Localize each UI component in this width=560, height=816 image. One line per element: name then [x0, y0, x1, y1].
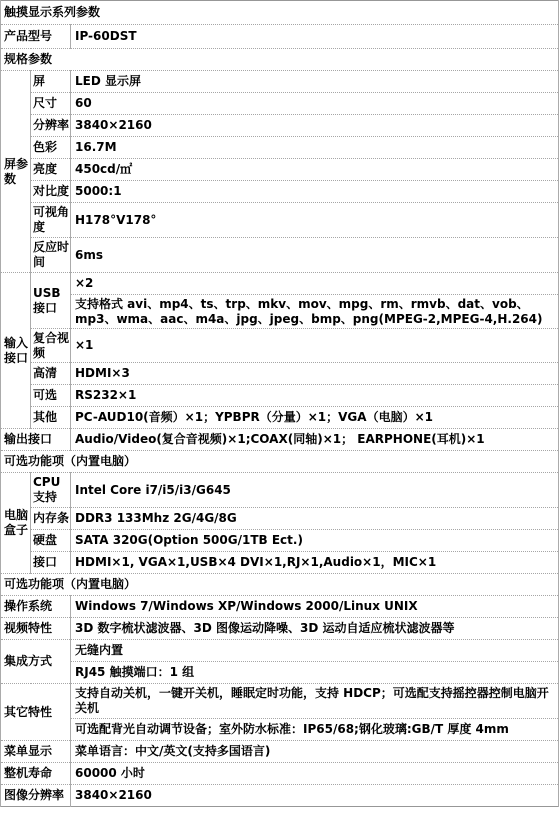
output-label: 输出接口 [1, 429, 71, 451]
os-label: 操作系统 [1, 596, 71, 618]
table-row: RJ45 触摸端口：1 组 [1, 662, 559, 684]
spec-section-header: 规格参数 [1, 49, 559, 71]
input-row-label: 其他 [31, 407, 71, 429]
other-features-row-value: 支持自动关机，一键开关机，睡眠定时功能，支持 HDCP；可选配支持摇控器控制电脑… [71, 684, 559, 719]
table-row: 接口 HDMI×1, VGA×1,USB×4 DVI×1,RJ×1,Audio×… [1, 552, 559, 574]
video-features-value: 3D 数字梳状滤波器、3D 图像运动降噪、3D 运动自适应梳状滤波器等 [71, 618, 559, 640]
table-row: 可选 RS232×1 [1, 385, 559, 407]
table-row: 输出接口 Audio/Video(复合音视频)×1;COAX(同轴)×1； EA… [1, 429, 559, 451]
other-features-label: 其它特性 [1, 684, 71, 741]
table-row: 可选功能项（内置电脑） [1, 574, 559, 596]
screen-row-label: 色彩 [31, 137, 71, 159]
screen-row-value: LED 显示屏 [71, 71, 559, 93]
table-row: 硬盘 SATA 320G(Option 500G/1TB Ect.) [1, 530, 559, 552]
product-model-label: 产品型号 [1, 25, 71, 49]
table-row: 电脑盒子 CPU 支持 Intel Core i7/i5/i3/G645 [1, 473, 559, 508]
integration-label: 集成方式 [1, 640, 71, 684]
pcbox-group-label: 电脑盒子 [1, 473, 31, 574]
optional-section-header: 可选功能项（内置电脑） [1, 574, 559, 596]
table-row: 反应时间 6ms [1, 238, 559, 273]
pcbox-row-label: CPU 支持 [31, 473, 71, 508]
screen-row-value: 60 [71, 93, 559, 115]
screen-row-value: H178°V178° [71, 203, 559, 238]
lifetime-label: 整机寿命 [1, 763, 71, 785]
screen-row-value: 16.7M [71, 137, 559, 159]
pcbox-row-label: 内存条 [31, 508, 71, 530]
pcbox-row-label: 接口 [31, 552, 71, 574]
page-title: 触摸显示系列参数 [1, 1, 559, 25]
screen-row-label: 分辨率 [31, 115, 71, 137]
optional-section-header: 可选功能项（内置电脑） [1, 451, 559, 473]
image-resolution-value: 3840×2160 [71, 785, 559, 807]
table-row: 尺寸 60 [1, 93, 559, 115]
pcbox-row-value: HDMI×1, VGA×1,USB×4 DVI×1,RJ×1,Audio×1，M… [71, 552, 559, 574]
menu-display-value: 菜单语言：中文/英文(支持多国语言) [71, 741, 559, 763]
pcbox-row-value: Intel Core i7/i5/i3/G645 [71, 473, 559, 508]
table-row: 色彩 16.7M [1, 137, 559, 159]
table-row: 屏参数 屏 LED 显示屏 [1, 71, 559, 93]
table-row: 复合视频 ×1 [1, 329, 559, 363]
usb-port-label: USB 接口 [31, 273, 71, 329]
table-row: 可视角度 H178°V178° [1, 203, 559, 238]
table-row: 高清 HDMI×3 [1, 363, 559, 385]
table-row: 输入接口 USB 接口 ×2 [1, 273, 559, 295]
pcbox-row-value: DDR3 133Mhz 2G/4G/8G [71, 508, 559, 530]
video-features-label: 视频特性 [1, 618, 71, 640]
other-features-row-value: 可选配背光自动调节设备；室外防水标准：IP65/68;钢化玻璃:GB/T 厚度 … [71, 719, 559, 741]
table-row: 操作系统 Windows 7/Windows XP/Windows 2000/L… [1, 596, 559, 618]
screen-group-label: 屏参数 [1, 71, 31, 273]
table-row: 亮度 450cd/㎡ [1, 159, 559, 181]
input-row-label: 复合视频 [31, 329, 71, 363]
screen-row-value: 3840×2160 [71, 115, 559, 137]
screen-row-label: 屏 [31, 71, 71, 93]
table-row: 支持格式 avi、mp4、ts、trp、mkv、mov、mpg、rm、rmvb、… [1, 295, 559, 329]
usb-count-value: ×2 [71, 273, 559, 295]
table-row: 视频特性 3D 数字梳状滤波器、3D 图像运动降噪、3D 运动自适应梳状滤波器等 [1, 618, 559, 640]
input-row-value: ×1 [71, 329, 559, 363]
table-row: 整机寿命 60000 小时 [1, 763, 559, 785]
output-value: Audio/Video(复合音视频)×1;COAX(同轴)×1； EARPHON… [71, 429, 559, 451]
lifetime-value: 60000 小时 [71, 763, 559, 785]
usb-formats-value: 支持格式 avi、mp4、ts、trp、mkv、mov、mpg、rm、rmvb、… [71, 295, 559, 329]
product-model-value: IP-60DST [71, 25, 559, 49]
table-row: 集成方式 无缝内置 [1, 640, 559, 662]
table-row: 规格参数 [1, 49, 559, 71]
menu-display-label: 菜单显示 [1, 741, 71, 763]
screen-row-label: 亮度 [31, 159, 71, 181]
input-group-label: 输入接口 [1, 273, 31, 429]
table-row: 可选配背光自动调节设备；室外防水标准：IP65/68;钢化玻璃:GB/T 厚度 … [1, 719, 559, 741]
table-row: 对比度 5000:1 [1, 181, 559, 203]
integration-row-value: RJ45 触摸端口：1 组 [71, 662, 559, 684]
table-row: 产品型号 IP-60DST [1, 25, 559, 49]
table-row: 触摸显示系列参数 [1, 1, 559, 25]
input-row-value: PC-AUD10(音频）×1；YPBPR（分量）×1；VGA（电脑）×1 [71, 407, 559, 429]
screen-row-label: 尺寸 [31, 93, 71, 115]
table-row: 图像分辨率 3840×2160 [1, 785, 559, 807]
screen-row-value: 6ms [71, 238, 559, 273]
table-row: 分辨率 3840×2160 [1, 115, 559, 137]
os-value: Windows 7/Windows XP/Windows 2000/Linux … [71, 596, 559, 618]
screen-row-label: 可视角度 [31, 203, 71, 238]
table-row: 其他 PC-AUD10(音频）×1；YPBPR（分量）×1；VGA（电脑）×1 [1, 407, 559, 429]
input-row-label: 高清 [31, 363, 71, 385]
screen-row-label: 反应时间 [31, 238, 71, 273]
integration-row-value: 无缝内置 [71, 640, 559, 662]
input-row-value: RS232×1 [71, 385, 559, 407]
input-row-label: 可选 [31, 385, 71, 407]
screen-row-value: 450cd/㎡ [71, 159, 559, 181]
table-row: 内存条 DDR3 133Mhz 2G/4G/8G [1, 508, 559, 530]
image-resolution-label: 图像分辨率 [1, 785, 71, 807]
spec-table: 触摸显示系列参数 产品型号 IP-60DST 规格参数 屏参数 屏 LED 显示… [0, 0, 559, 807]
input-row-value: HDMI×3 [71, 363, 559, 385]
screen-row-label: 对比度 [31, 181, 71, 203]
table-row: 其它特性 支持自动关机，一键开关机，睡眠定时功能，支持 HDCP；可选配支持摇控… [1, 684, 559, 719]
table-row: 菜单显示 菜单语言：中文/英文(支持多国语言) [1, 741, 559, 763]
pcbox-row-value: SATA 320G(Option 500G/1TB Ect.) [71, 530, 559, 552]
pcbox-row-label: 硬盘 [31, 530, 71, 552]
table-row: 可选功能项（内置电脑） [1, 451, 559, 473]
screen-row-value: 5000:1 [71, 181, 559, 203]
